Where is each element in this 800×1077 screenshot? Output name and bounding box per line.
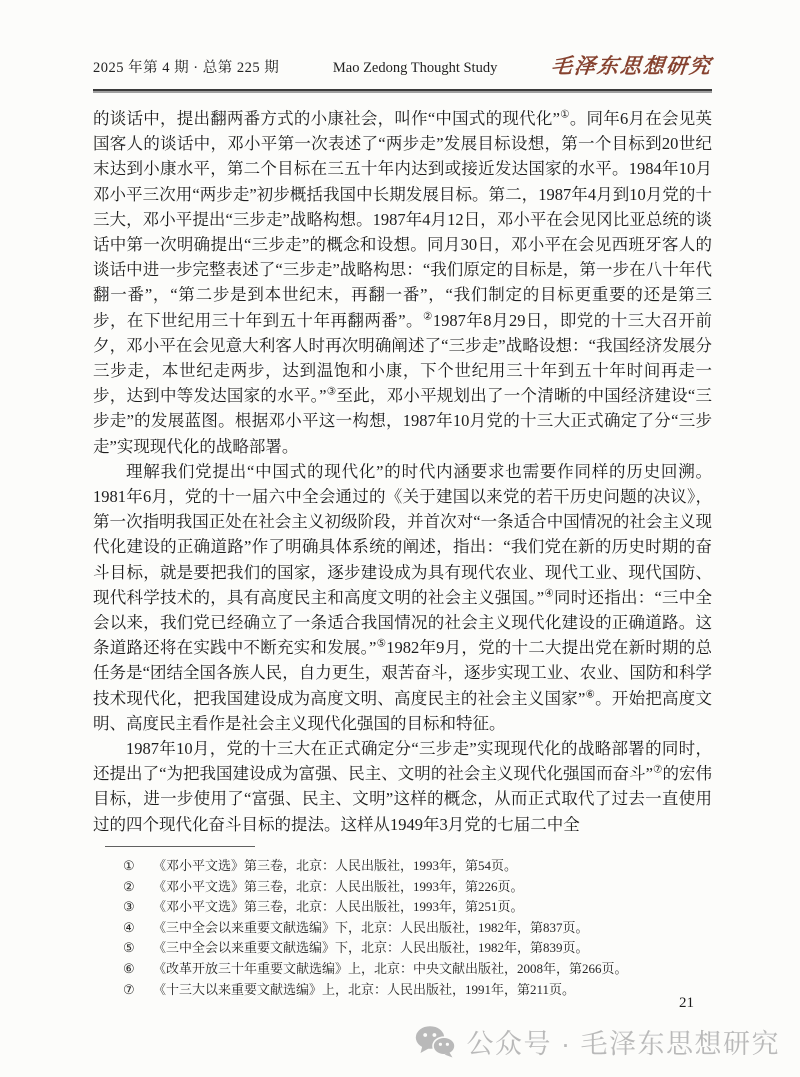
footnote-text: 《邓小平文选》第三卷，北京：人民出版社，1993年，第226页。 [153,877,720,898]
journal-logo-calligraphy: 毛泽东思想研究 [550,56,713,77]
header-rule [93,89,712,93]
footnote-item: ①《邓小平文选》第三卷，北京：人民出版社，1993年，第54页。 [123,856,720,877]
article-body: 的谈话中，提出翻两番方式的小康社会，叫作“中国式的现代化”①。同年6月在会见英国… [93,106,712,837]
footnote-separator [105,846,255,847]
footnote-ref: ⑦ [653,765,662,776]
paragraph: 1987年10月，党的十三大在正式确定分“三步走”实现现代化的战略部署的同时，还… [93,736,712,837]
footnote-marker: ⑦ [123,980,153,1001]
footnote-ref: ⑥ [585,689,595,700]
footnote-text: 《三中全会以来重要文献选编》下，北京：人民出版社，1982年，第839页。 [153,938,720,959]
footnote-marker: ④ [123,918,153,939]
footnote-marker: ② [123,877,153,898]
footnote-ref: ⑤ [376,639,386,650]
footnote-ref: ② [423,311,433,322]
footnote-marker: ⑤ [123,938,153,959]
footnote-item: ⑦《十三大以来重要文献选编》上，北京：人民出版社，1991年，第211页。 [123,980,720,1001]
footnotes: ①《邓小平文选》第三卷，北京：人民出版社，1993年，第54页。②《邓小平文选》… [123,856,720,1000]
footnote-marker: ① [123,856,153,877]
footnote-item: ④《三中全会以来重要文献选编》下，北京：人民出版社，1982年，第837页。 [123,918,720,939]
footnote-text: 《十三大以来重要文献选编》上，北京：人民出版社，1991年，第211页。 [153,980,720,1001]
journal-page: 2025 年第 4 期 · 总第 225 期 Mao Zedong Though… [0,0,800,1077]
page-header: 2025 年第 4 期 · 总第 225 期 Mao Zedong Though… [93,56,712,77]
footnote-text: 《邓小平文选》第三卷，北京：人民出版社，1993年，第54页。 [153,856,720,877]
footnote-item: ⑤《三中全会以来重要文献选编》下，北京：人民出版社，1982年，第839页。 [123,938,720,959]
journal-title-english: Mao Zedong Thought Study [333,60,497,77]
watermark: 公众号 · 毛泽东思想研究 [415,1022,781,1061]
watermark-text: 公众号 · 毛泽东思想研究 [467,1022,781,1061]
footnote-item: ③《邓小平文选》第三卷，北京：人民出版社，1993年，第251页。 [123,897,720,918]
footnote-text: 《改革开放三十年重要文献选编》上，北京：中央文献出版社，2008年，第266页。 [153,959,720,980]
footnote-text: 《邓小平文选》第三卷，北京：人民出版社，1993年，第251页。 [153,897,720,918]
issue-info: 2025 年第 4 期 · 总第 225 期 [93,56,279,77]
footnote-item: ②《邓小平文选》第三卷，北京：人民出版社，1993年，第226页。 [123,877,720,898]
footnote-ref: ③ [326,387,336,398]
footnote-ref: ④ [544,588,554,599]
paragraph: 理解我们党提出“中国式的现代化”的时代内涵要求也需要作同样的历史回溯。1981年… [93,459,712,736]
footnote-text: 《三中全会以来重要文献选编》下，北京：人民出版社，1982年，第837页。 [153,918,720,939]
wechat-icon [415,1025,457,1058]
footnote-marker: ⑥ [123,959,153,980]
footnote-ref: ① [560,110,570,121]
footnote-marker: ③ [123,897,153,918]
page-number: 21 [679,995,694,1012]
footnote-item: ⑥《改革开放三十年重要文献选编》上，北京：中央文献出版社，2008年，第266页… [123,959,720,980]
paragraph: 的谈话中，提出翻两番方式的小康社会，叫作“中国式的现代化”①。同年6月在会见英国… [93,106,712,459]
